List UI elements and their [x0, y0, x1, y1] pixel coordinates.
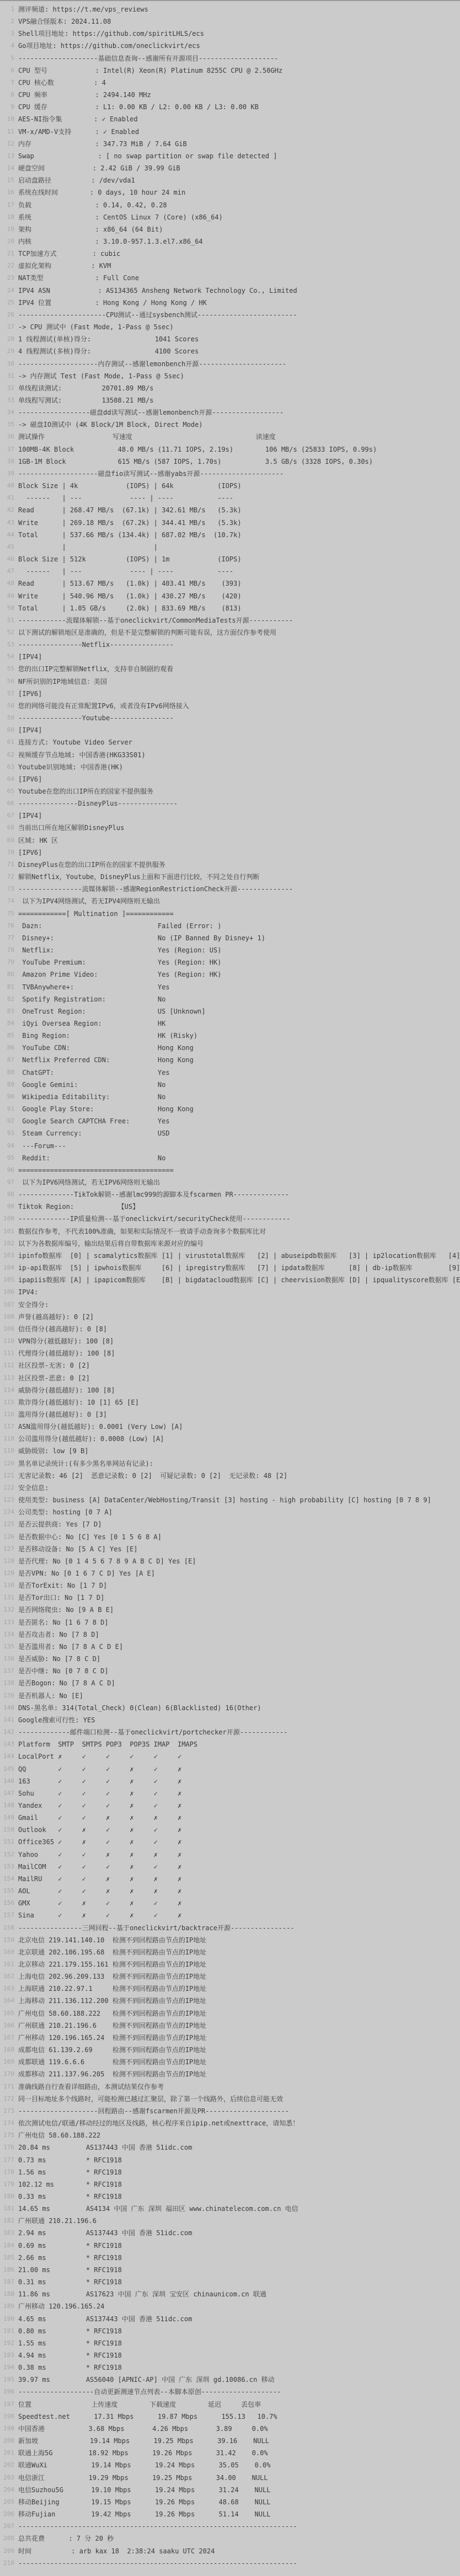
line-text: 代理得分(越低越好): 100 [8] [18, 1347, 115, 1359]
line-number: 64 [0, 773, 18, 785]
line-number: 171 [0, 2081, 18, 2093]
terminal-line: 21TCP加速方式 : cubic [0, 248, 460, 260]
line-text: YouTube CDN: Hong Kong [18, 1042, 194, 1054]
terminal-line: 26----------------------CPU测试--通过sysbenc… [0, 309, 460, 321]
line-text: 广州移动 120.196.165.24 [18, 2300, 104, 2312]
line-text: 是否滥用者: No [7 8 A C D E] [18, 1641, 123, 1653]
terminal-line: 49Write | 540.96 MB/s (1.0k) | 430.27 MB… [0, 590, 460, 602]
line-number: 76 [0, 920, 18, 932]
terminal-line: 1832.94 ms AS137443 中国 香港 51idc.com [0, 2227, 460, 2239]
line-number: 36 [0, 431, 18, 443]
terminal-line: 157Sina ✓ ✗ ✓ ✗ ✓ ✗ [0, 1909, 460, 1921]
terminal-line: 84 iQyi Oversea Region: HK [0, 1017, 460, 1030]
line-number: 82 [0, 993, 18, 1005]
line-number: 191 [0, 2325, 18, 2337]
terminal-line: 33单线程写测试: 13508.21 MB/s [0, 394, 460, 406]
line-number: 167 [0, 2032, 18, 2044]
terminal-line: 165广州电信 58.60.188.222 检测不到回程路由节点的IP地址 [0, 2007, 460, 2020]
line-text: Office365 ✓ ✗ ✓ ✗ ✓ ✗ [18, 1836, 181, 1848]
line-number: 86 [0, 1042, 18, 1054]
terminal-line: 11VM-x/AMD-V支持 : ✓ Enabled [0, 126, 460, 138]
line-text: 1.55 ms * RFC1918 [18, 2337, 122, 2349]
line-number: 136 [0, 1653, 18, 1665]
line-text: CPU 频率 : 2494.140 MHz [18, 89, 151, 101]
terminal-line: 8CPU 频率 : 2494.140 MHz [0, 89, 460, 101]
terminal-line: 2VPS融合怪版本: 2024.11.08 [0, 15, 460, 28]
line-number: 194 [0, 2361, 18, 2374]
terminal-line: 18811.86 ms AS17623 中国 广东 深圳 宝安区 chinaun… [0, 2288, 460, 2300]
line-number: 112 [0, 1359, 18, 1372]
line-text: 总共花费 : 7 分 20 秒 [18, 2532, 114, 2545]
line-text: 广州移动 120.196.165.24 检测不到回程路由节点的IP地址 [18, 2032, 206, 2044]
line-text: 上海联通 210.22.97.1 检测不到回程路由节点的IP地址 [18, 1983, 206, 1995]
line-number: 139 [0, 1690, 18, 1702]
line-number: 47 [0, 565, 18, 577]
terminal-line: 87 Netflix Preferred CDN: Hong Kong [0, 1054, 460, 1066]
line-number: 69 [0, 834, 18, 847]
terminal-line: 198Speedtest.net 17.31 Mbps 19.87 Mbps 1… [0, 2411, 460, 2423]
line-text: IPV4: [18, 1286, 38, 1298]
terminal-line: 140DNS-黑名单: 314(Total_Check) 0(Clean) 6(… [0, 1702, 460, 1714]
line-text: CPU 型号 : Intel(R) Xeon(R) Platinum 8255C… [18, 65, 282, 77]
terminal-line: 45 | | [0, 541, 460, 553]
terminal-line: 168成都电信 61.139.2.69 检测不到回程路由节点的IP地址 [0, 2044, 460, 2056]
line-number: 196 [0, 2386, 18, 2398]
terminal-line: 55您的出口IP完整解锁Netflix，支持非自制剧的观看 [0, 663, 460, 675]
terminal-line: 4Go项目地址: https://github.com/oneclickvirt… [0, 40, 460, 52]
line-text: 100MB-4K Block 48.0 MB/s (11.71 IOPS, 2.… [18, 443, 377, 456]
line-number: 3 [0, 28, 18, 40]
line-number: 102 [0, 1238, 18, 1250]
line-text: IPV4 位置 : Hong Kong / Hong Kong / HK [18, 297, 207, 309]
line-text: 安全得分: [18, 1299, 49, 1311]
line-number: 90 [0, 1091, 18, 1103]
terminal-line: 86 YouTube CDN: Hong Kong [0, 1042, 460, 1054]
line-text: -------------IP质量检测--基于oneclickvirt/secu… [18, 1213, 290, 1225]
terminal-line: 142-------------邮件端口检测--基于oneclickvirt/p… [0, 1726, 460, 1738]
line-number: 180 [0, 2191, 18, 2203]
line-text: Disney+: No (IP Banned By Disney+ 1) [18, 932, 265, 944]
line-number: 152 [0, 1849, 18, 1861]
line-number: 87 [0, 1054, 18, 1066]
terminal-line: 97 以下为IPV6网络测试，若无IPV6网络则无输出 [0, 1176, 460, 1188]
line-text: ip-api数据库 [5] | ipwhois数据库 [6] | ipregis… [18, 1262, 460, 1274]
line-number: 159 [0, 1934, 18, 1946]
line-text: Spotify Registration: No [18, 993, 165, 1005]
terminal-line: 207-------------------------------------… [0, 2520, 460, 2532]
line-number: 79 [0, 956, 18, 968]
line-text: [IPV4] [18, 810, 42, 822]
terminal-line: 48Read | 513.67 MB/s (1.0k) | 403.41 MB/… [0, 577, 460, 590]
line-text: CPU 核心数 : 4 [18, 77, 106, 89]
line-text: 位置 上传速度 下载速度 延迟 丢包率 [18, 2398, 261, 2411]
line-number: 210 [0, 2557, 18, 2569]
line-number: 29 [0, 345, 18, 357]
line-text: 0.33 ms * RFC1918 [18, 2191, 122, 2203]
terminal-line: 46Block Size | 512k (IOPS) | 1m (IOPS) [0, 553, 460, 565]
line-text: Go项目地址: https://github.com/oneclickvirt/… [18, 40, 200, 52]
terminal-line: 102以下为各数据库编号，输出结果后将自带数据库来源对应的编号 [0, 1238, 460, 1250]
terminal-line: 125是否云提供商: Yes [7 D] [0, 1518, 460, 1530]
line-text: 您的出口IP完整解锁Netflix，支持非自制剧的观看 [18, 663, 173, 675]
terminal-line: 1781.56 ms * RFC1918 [0, 2166, 460, 2178]
line-number: 161 [0, 1958, 18, 1970]
line-text: OneTrust Region: US [Unknown] [18, 1005, 206, 1017]
line-text: Google Gemini: No [18, 1079, 165, 1091]
terminal-line: 209时间 : arb kax 18 2:38:24 saaku UTC 202… [0, 2545, 460, 2557]
terminal-line: 208总共花费 : 7 分 20 秒 [0, 2532, 460, 2545]
line-text: ---Forum--- [18, 1140, 66, 1152]
line-text: 是否中继: No [0 7 8 C D] [18, 1665, 109, 1677]
terminal-line: 129是否VPN: No [0 1 6 7 C D] Yes [A E] [0, 1567, 460, 1579]
line-text: ======================================= [18, 1164, 174, 1176]
terminal-line: 27-> CPU 测试中 (Fast Mode, 1-Pass @ 5sec) [0, 321, 460, 333]
line-number: 6 [0, 65, 18, 77]
line-text: --------------------回程路由--感谢fscarmen开源及P… [18, 2105, 289, 2117]
line-text: 时间 : arb kax 18 2:38:24 saaku UTC 2024 [18, 2545, 215, 2557]
terminal-line: 52以下测试的解锁地区是准确的，但是不是完整解锁的判断可能有误，这方面仅作参考使… [0, 626, 460, 639]
terminal-line: 42Read | 268.47 MB/s (67.1k) | 342.61 MB… [0, 504, 460, 516]
terminal-line: 19架构 : x86_64 (64 Bit) [0, 223, 460, 235]
terminal-line: 196-------------------自动更新测速节点列表--本脚本原创-… [0, 2386, 460, 2398]
terminal-line: 202联通WuXi 19.14 Mbps 19.24 Mbps 35.05 0.… [0, 2459, 460, 2471]
line-number: 42 [0, 504, 18, 516]
line-number: 128 [0, 1555, 18, 1567]
line-text: ----------------------------------------… [18, 2520, 297, 2532]
terminal-line: 35-> 磁盘IO测试中 (4K Block/1M Block, Direct … [0, 419, 460, 431]
line-number: 181 [0, 2203, 18, 2215]
line-text: Platform SMTP SMTPS POP3 POP3S IMAP IMAP… [18, 1738, 197, 1750]
line-number: 35 [0, 419, 18, 431]
line-number: 175 [0, 2129, 18, 2141]
line-text: 1GB-1M Block 615 MB/s (587 IOPS, 1.70s) … [18, 456, 373, 468]
terminal-line: 119威胁级别: low [9 B] [0, 1445, 460, 1457]
terminal-line: 155AOL ✓ ✓ ✗ ✗ ✗ ✗ [0, 1885, 460, 1897]
terminal-line: 122安全信息: [0, 1482, 460, 1494]
terminal-line: 18114.65 ms AS4134 中国 广东 深圳 福田区 www.chin… [0, 2203, 460, 2215]
line-number: 71 [0, 859, 18, 871]
line-number: 95 [0, 1152, 18, 1164]
line-number: 207 [0, 2520, 18, 2532]
line-text: AOL ✓ ✓ ✗ ✗ ✗ ✗ [18, 1885, 181, 1897]
terminal-line: 13Swap : [ no swap partition or swap fil… [0, 150, 460, 162]
terminal-line: 44Total | 537.66 MB/s (134.4k) | 687.02 … [0, 529, 460, 541]
line-number: 206 [0, 2508, 18, 2520]
line-number: 109 [0, 1323, 18, 1335]
line-text: ---------------DisneyPlus--------------- [18, 797, 178, 810]
terminal-line: 163上海联通 210.22.97.1 检测不到回程路由节点的IP地址 [0, 1983, 460, 1995]
line-number: 12 [0, 138, 18, 150]
terminal-line: 34------------------磁盘dd读写测试--感谢lemonben… [0, 406, 460, 419]
line-text: 上海移动 211.136.112.200 检测不到回程路由节点的IP地址 [18, 1995, 206, 2007]
terminal-line: 81 TVBAnywhere+: Yes [0, 981, 460, 993]
line-text: 公司滥用得分(越低越好): 0.0008 (Low) [A] [18, 1433, 164, 1445]
terminal-line: 111代理得分(越低越好): 100 [8] [0, 1347, 460, 1359]
line-text: 系统在线时间 : 0 days, 10 hour 24 min [18, 186, 185, 199]
terminal-line: 20内核 : 3.10.0-957.1.3.el7.x86_64 [0, 235, 460, 248]
terminal-line: 156GMX ✓ ✗ ✓ ✗ ✓ ✗ [0, 1897, 460, 1909]
terminal-line: 201联通上海5G 18.92 Mbps 19.26 Mbps 31.42 0.… [0, 2447, 460, 2459]
terminal-line: 31-> 内存测试 Test (Fast Mode, 1-Pass @ 5sec… [0, 370, 460, 382]
line-number: 55 [0, 663, 18, 675]
line-text: 广州联通 210.21.196.6 [18, 2215, 97, 2227]
line-number: 40 [0, 480, 18, 492]
line-number: 142 [0, 1726, 18, 1738]
line-number: 83 [0, 1005, 18, 1017]
line-text: ============[ Multination ]============ [18, 908, 174, 920]
terminal-line: 173--------------------回程路由--感谢fscarmen开… [0, 2105, 460, 2117]
terminal-line: 47 ------ | --- ---- | ---- ---- [0, 565, 460, 577]
line-number: 120 [0, 1458, 18, 1470]
terminal-line: 109信任得分(越高越好): 0 [8] [0, 1323, 460, 1335]
line-text: NF所识别的IP地域信息：美国 [18, 676, 107, 688]
terminal-line: 381GB-1M Block 615 MB/s (587 IOPS, 1.70s… [0, 456, 460, 468]
terminal-line: 205移动Beijing 19.15 Mbps 19.26 Mbps 48.68… [0, 2496, 460, 2508]
line-number: 41 [0, 492, 18, 504]
line-number: 20 [0, 235, 18, 248]
line-text: Shell项目地址: https://github.com/spiritLHLS… [18, 28, 204, 40]
line-number: 50 [0, 602, 18, 614]
terminal-line: 134是否攻击者: No [7 8 D] [0, 1629, 460, 1641]
line-number: 198 [0, 2411, 18, 2423]
line-number: 127 [0, 1543, 18, 1555]
line-number: 24 [0, 285, 18, 297]
line-number: 46 [0, 553, 18, 565]
terminal-line: 135是否滥用者: No [7 8 A C D E] [0, 1641, 460, 1653]
line-text: 以下为IPV6网络测试，若无IPV6网络则无输出 [18, 1176, 160, 1188]
line-number: 85 [0, 1030, 18, 1042]
line-text: --------------------内存测试--感谢lemonbench开源… [18, 358, 286, 370]
line-number: 101 [0, 1225, 18, 1238]
line-text: 1 线程测试(单核)得分: 1041 Scores [18, 333, 199, 345]
line-text: 联通上海5G 18.92 Mbps 19.26 Mbps 31.42 0.0% [18, 2447, 268, 2459]
line-text: VPN得分(越低越好): 100 [8] [18, 1335, 114, 1347]
terminal-line: 127是否移动设备: No [5 A C] Yes [E] [0, 1543, 460, 1555]
line-text: GMX ✓ ✗ ✓ ✗ ✓ ✗ [18, 1897, 181, 1909]
line-number: 140 [0, 1702, 18, 1714]
terminal-line: 108声誉(越高越好): 0 [2] [0, 1311, 460, 1323]
line-number: 62 [0, 749, 18, 761]
line-number: 116 [0, 1409, 18, 1421]
line-text: CPU 缓存 : L1: 0.00 KB / L2: 0.00 KB / L3:… [18, 101, 259, 113]
line-number: 39 [0, 468, 18, 480]
line-number: 111 [0, 1347, 18, 1359]
line-text: Bing Region: HK (Risky) [18, 1030, 197, 1042]
terminal-line: 1904.65 ms AS137443 中国 香港 51idc.com [0, 2313, 460, 2325]
line-text: Total | 1.05 GB/s (2.0k) | 833.69 MB/s (… [18, 602, 242, 614]
line-text: [IPV6] [18, 847, 42, 859]
terminal-line: 50Total | 1.05 GB/s (2.0k) | 833.69 MB/s… [0, 602, 460, 614]
terminal-line: 170成都移动 211.137.96.205 检测不到回程路由节点的IP地址 [0, 2068, 460, 2080]
terminal-line: 179102.12 ms * RFC1918 [0, 2178, 460, 2191]
line-text: ----------------三网回程--基于oneclickvirt/bac… [18, 1922, 295, 1934]
line-number: 54 [0, 651, 18, 663]
terminal-line: 159北京电信 219.141.140.10 检测不到回程路由节点的IP地址 [0, 1934, 460, 1946]
line-text: 0.31 ms * RFC1918 [18, 2276, 122, 2288]
terminal-line: 1934.94 ms * RFC1918 [0, 2349, 460, 2361]
terminal-line: 63Youtube识别地域: 中国香港(HK) [0, 761, 460, 773]
line-text: 是否威胁: No [7 8 C D] [18, 1653, 100, 1665]
terminal-line: 57[IPV6] [0, 688, 460, 700]
terminal-line: 294 线程测试(多核)得分: 4100 Scores [0, 345, 460, 357]
line-number: 45 [0, 541, 18, 553]
line-text: 广州电信 58.60.188.222 检测不到回程路由节点的IP地址 [18, 2007, 206, 2020]
line-text: [IPV4] [18, 724, 42, 736]
terminal-line: 18621.00 ms * RFC1918 [0, 2264, 460, 2276]
line-text: [IPV6] [18, 688, 42, 700]
line-number: 38 [0, 456, 18, 468]
line-text: 信任得分(越高越好): 0 [8] [18, 1323, 107, 1335]
line-number: 143 [0, 1738, 18, 1750]
line-number: 53 [0, 639, 18, 651]
terminal-line: 149Gmail ✓ ✓ ✗ ✗ ✗ ✗ [0, 1812, 460, 1824]
terminal-line: 113社区投票-恶意: 0 [2] [0, 1372, 460, 1384]
line-text: 虚拟化架构 : KVM [18, 260, 111, 272]
line-text: iQyi Oversea Region: HK [18, 1017, 165, 1030]
line-number: 149 [0, 1812, 18, 1824]
line-number: 132 [0, 1604, 18, 1616]
line-text: 是否云提供商: Yes [7 D] [18, 1518, 101, 1530]
line-text: [IPV4] [18, 651, 42, 663]
line-number: 154 [0, 1873, 18, 1885]
line-text: 数据仅作参考，不代表100%准确，如果和实际情况不一致请手动查询多个数据库比对 [18, 1225, 266, 1238]
line-text: 成都联通 119.6.6.6 检测不到回程路由节点的IP地址 [18, 2056, 206, 2068]
line-number: 104 [0, 1262, 18, 1274]
line-text: 威胁得分(越低越好): 100 [8] [18, 1384, 115, 1396]
terminal-line: 143Platform SMTP SMTPS POP3 POP3S IMAP I… [0, 1738, 460, 1750]
terminal-line: 115欺诈得分(越低越好): 10 [1] 65 [E] [0, 1396, 460, 1409]
terminal-line: 82 Spotify Registration: No [0, 993, 460, 1005]
line-text: Write | 269.18 MB/s (67.2k) | 344.41 MB/… [18, 517, 242, 529]
line-text: 移动Fujian 19.42 Mbps 19.26 Mbps 51.14 NUL… [18, 2508, 270, 2520]
line-text: ChatGPT: Yes [18, 1067, 170, 1079]
line-text: Steam Currency: USD [18, 1127, 170, 1139]
terminal-line: 103ipinfo数据库 [0] | scamalytics数据库 [1] | … [0, 1250, 460, 1262]
line-number: 93 [0, 1127, 18, 1139]
line-text: --------------TikTok解锁--感谢lmc999的源脚本及fsc… [18, 1188, 289, 1201]
line-number: 156 [0, 1897, 18, 1909]
line-number: 2 [0, 15, 18, 28]
line-number: 118 [0, 1433, 18, 1445]
line-text: ASN滥用得分(越低越好): 0.0001 (Very Low) [A] [18, 1421, 183, 1433]
line-text: Netflix: Yes (Region: US) [18, 944, 221, 956]
terminal-line: 15启动盘路径 : /dev/vda1 [0, 174, 460, 186]
line-number: 70 [0, 847, 18, 859]
line-text: 单线程写测试: 13508.21 MB/s [18, 394, 153, 406]
line-text: Outlook ✓ ✗ ✓ ✗ ✓ ✗ [18, 1824, 181, 1836]
line-number: 138 [0, 1677, 18, 1689]
terminal-line: 36测试操作 写速度 读速度 [0, 431, 460, 443]
line-text: ----------------流媒体解锁--感谢RegionRestricti… [18, 883, 293, 895]
line-text: -> 内存测试 Test (Fast Mode, 1-Pass @ 5sec) [18, 370, 184, 382]
terminal-line: 172同一目标地址多个线路时，可能检测已越过汇聚层，除了第一个线路外，后续信息可… [0, 2093, 460, 2105]
terminal-line: 37100MB-4K Block 48.0 MB/s (11.71 IOPS, … [0, 443, 460, 456]
line-number: 26 [0, 309, 18, 321]
line-text: 架构 : x86_64 (64 Bit) [18, 223, 163, 235]
terminal-line: 101数据仅作参考，不代表100%准确，如果和实际情况不一致请手动查询多个数据库… [0, 1225, 460, 1238]
line-text: 欺诈得分(越低越好): 10 [1] 65 [E] [18, 1396, 139, 1409]
terminal-line: 61连接方式: Youtube Video Server [0, 736, 460, 748]
line-text: 启动盘路径 : /dev/vda1 [18, 174, 135, 186]
line-number: 48 [0, 577, 18, 590]
line-number: 203 [0, 2472, 18, 2484]
terminal-line: 137是否中继: No [0 7 8 C D] [0, 1665, 460, 1677]
line-number: 163 [0, 1983, 18, 1995]
line-text: Youtube在您的出口IP所在的国家不提供服务 [18, 785, 153, 797]
line-text: Block Size | 512k (IOPS) | 1m (IOPS) [18, 553, 242, 565]
line-number: 59 [0, 712, 18, 724]
terminal-line: 117ASN滥用得分(越低越好): 0.0001 (Very Low) [A] [0, 1421, 460, 1433]
line-text: Google搜索可行性: YES [18, 1714, 95, 1726]
terminal-line: 1852.66 ms * RFC1918 [0, 2252, 460, 2264]
line-number: 72 [0, 871, 18, 883]
line-text: [IPV6] [18, 773, 42, 785]
line-text: 中国香港 3.68 Mbps 4.26 Mbps 3.89 0.0% [18, 2423, 268, 2435]
line-number: 179 [0, 2178, 18, 2191]
line-text: 无害记录数: 46 [2] 恶意记录数: 0 [2] 可疑记录数: 0 [2] … [18, 1470, 287, 1482]
line-number: 74 [0, 895, 18, 907]
terminal-line: 138是否Bogon: No [7 8 A C D] [0, 1677, 460, 1689]
terminal-line: 24IPV4 ASN : AS134365 Ansheng Network Te… [0, 285, 460, 297]
line-text: -> CPU 测试中 (Fast Mode, 1-Pass @ 5sec) [18, 321, 174, 333]
terminal-line: 110VPN得分(越低越好): 100 [8] [0, 1335, 460, 1347]
line-text: Amazon Prime Video: Yes (Region: HK) [18, 968, 221, 981]
line-number: 97 [0, 1176, 18, 1188]
line-number: 18 [0, 211, 18, 223]
line-text: 0.80 ms * RFC1918 [18, 2325, 122, 2337]
line-text: 2.94 ms AS137443 中国 香港 51idc.com [18, 2227, 192, 2239]
line-text: 单线程读测试: 20701.89 MB/s [18, 382, 153, 394]
line-text: 北京联通 202.106.195.68 检测不到回程路由节点的IP地址 [18, 1946, 206, 1958]
line-number: 190 [0, 2313, 18, 2325]
line-number: 173 [0, 2105, 18, 2117]
line-text: MailRU ✓ ✓ ✗ ✗ ✗ ✗ [18, 1873, 181, 1885]
line-number: 52 [0, 626, 18, 639]
terminal-line: 1910.80 ms * RFC1918 [0, 2325, 460, 2337]
line-number: 30 [0, 358, 18, 370]
terminal-line: 79 YouTube Premium: Yes (Region: HK) [0, 956, 460, 968]
terminal-line: 120黑名单记录统计:(有多少黑名单网站有记录): [0, 1458, 460, 1470]
line-text: 连接方式: Youtube Video Server [18, 736, 132, 748]
line-number: 135 [0, 1641, 18, 1653]
terminal-line: 94 ---Forum--- [0, 1140, 460, 1152]
line-text: Total | 537.66 MB/s (134.4k) | 687.02 MB… [18, 529, 242, 541]
line-number: 201 [0, 2447, 18, 2459]
terminal-line: 146163 ✓ ✓ ✓ ✗ ✓ ✗ [0, 1775, 460, 1787]
line-number: 155 [0, 1885, 18, 1897]
terminal-line: 132是否网络爬虫: No [9 A B E] [0, 1604, 460, 1616]
terminal-line: 76 Dazn: Failed (Error: ) [0, 920, 460, 932]
line-text: 1.56 ms * RFC1918 [18, 2166, 122, 2178]
line-text: Speedtest.net 17.31 Mbps 19.87 Mbps 155.… [18, 2411, 277, 2423]
terminal-line: 210-------------------------------------… [0, 2557, 460, 2569]
line-text: 内存 : 347.73 MiB / 7.64 GiB [18, 138, 187, 150]
line-text: 0.38 ms * RFC1918 [18, 2361, 122, 2374]
line-number: 200 [0, 2435, 18, 2447]
line-number: 202 [0, 2459, 18, 2471]
line-number: 205 [0, 2496, 18, 2508]
terminal-line: 151Office365 ✓ ✗ ✓ ✗ ✓ ✗ [0, 1836, 460, 1848]
line-text: Dazn: Failed (Error: ) [18, 920, 221, 932]
terminal-line: 154MailRU ✓ ✓ ✗ ✗ ✗ ✗ [0, 1873, 460, 1885]
terminal-line: 96======================================… [0, 1164, 460, 1176]
line-text: 同一目标地址多个线路时，可能检测已越过汇聚层，除了第一个线路外，后续信息可能无效 [18, 2093, 283, 2105]
line-number: 60 [0, 724, 18, 736]
line-text: 是否VPN: No [0 1 6 7 C D] Yes [A E] [18, 1567, 155, 1579]
terminal-line: 1921.55 ms * RFC1918 [0, 2337, 460, 2349]
line-text: 声誉(越高越好): 0 [2] [18, 1311, 94, 1323]
line-text: 是否Bogon: No [7 8 A C D] [18, 1677, 115, 1689]
